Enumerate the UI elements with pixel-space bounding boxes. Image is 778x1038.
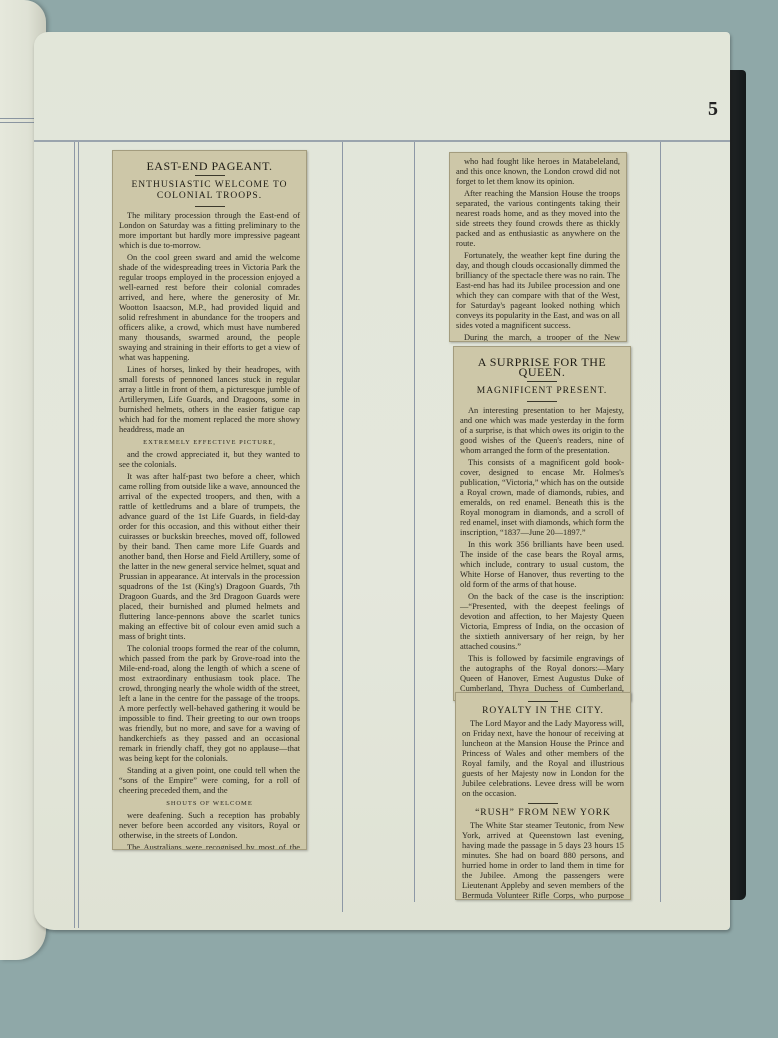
paragraph: The White Star steamer Teutonic, from Ne… (462, 821, 624, 900)
paragraph: In this work 356 brilliants have been us… (460, 540, 624, 590)
ruled-column-line (74, 142, 75, 928)
subheading: SHOUTS OF WELCOME (119, 799, 300, 809)
clipping-surprise-for-queen: A SURPRISE FOR THE QUEEN. MAGNIFICENT PR… (453, 346, 631, 701)
ruled-column-line (660, 142, 661, 902)
divider (195, 206, 225, 207)
clipping-title: ROYALTY IN THE CITY. (462, 706, 624, 717)
clipping-title: A SURPRISE FOR THE QUEEN. (460, 357, 624, 377)
clipping-east-end-pageant: EAST-END PAGEANT. ENTHUSIASTIC WELCOME T… (112, 150, 307, 850)
paragraph: Standing at a given point, one could tel… (119, 766, 300, 796)
divider (527, 401, 557, 402)
paragraph: The military procession through the East… (119, 211, 300, 251)
clipping-subtitle: MAGNIFICENT PRESENT. (460, 386, 624, 397)
ruled-line-top (34, 140, 730, 142)
divider (527, 381, 557, 382)
divider (528, 701, 558, 702)
paragraph: After reaching the Mansion House the tro… (456, 189, 620, 249)
scrapbook-page: 5 EAST-END PAGEANT. ENTHUSIASTIC WELCOME… (34, 32, 730, 930)
ruled-column-line (78, 142, 79, 928)
paragraph: and the crowd appreciated it, but they w… (119, 450, 300, 470)
clipping-continuation: who had fought like heroes in Matabelela… (449, 152, 627, 342)
paragraph: This consists of a magnificent gold book… (460, 458, 624, 538)
paragraph: On the cool green sward and amid the wel… (119, 253, 300, 363)
clipping-subtitle: ENTHUSIASTIC WELCOME TO COLONIAL TROOPS. (119, 180, 300, 202)
subheading: EXTREMELY EFFECTIVE PICTURE, (119, 438, 300, 448)
paragraph: The colonial troops formed the rear of t… (119, 644, 300, 764)
paragraph: On the back of the case is the inscripti… (460, 592, 624, 652)
paragraph: Fortunately, the weather kept fine durin… (456, 251, 620, 331)
divider (195, 175, 225, 176)
clipping-title: “RUSH” FROM NEW YORK (462, 808, 624, 819)
clipping-royalty-and-rush: ROYALTY IN THE CITY. The Lord Mayor and … (455, 692, 631, 900)
divider (528, 803, 558, 804)
ruled-column-line (342, 142, 343, 912)
paragraph: The Australians were recognised by most … (119, 843, 300, 850)
paragraph: An interesting presentation to her Majes… (460, 406, 624, 456)
ruled-column-line (414, 142, 415, 902)
paragraph: who had fought like heroes in Matabelela… (456, 157, 620, 187)
page-number: 5 (708, 98, 718, 121)
paragraph: It was after half-past two before a chee… (119, 472, 300, 642)
paragraph: Lines of horses, linked by their headrop… (119, 365, 300, 435)
clipping-title: EAST-END PAGEANT. (119, 161, 300, 171)
paragraph: The Lord Mayor and the Lady Mayoress wil… (462, 719, 624, 799)
paragraph: were deafening. Such a reception has pro… (119, 811, 300, 841)
paragraph: During the march, a trooper of the New Z… (456, 333, 620, 342)
